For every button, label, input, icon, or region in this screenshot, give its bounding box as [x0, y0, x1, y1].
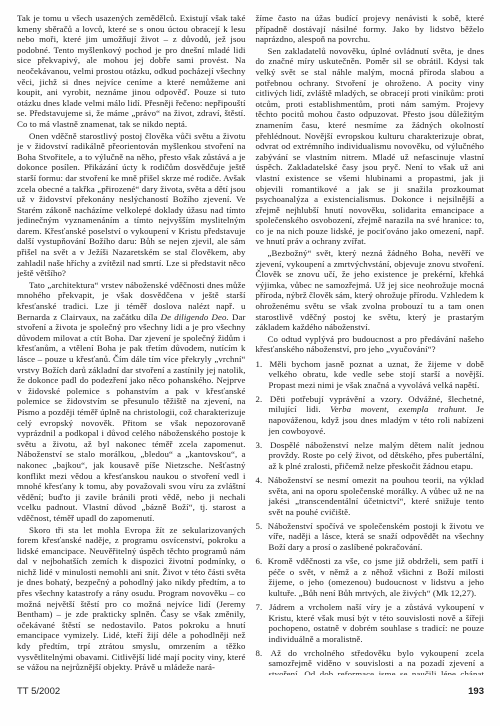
- paragraph: Tak je tomu u všech usazených zemědělců.…: [17, 13, 246, 130]
- text-columns: Tak je tomu u všech usazených zemědělců.…: [17, 13, 484, 675]
- list-item: 7. Jádrem a vrcholem naší víry je a zůst…: [256, 602, 485, 644]
- paragraph: Sen zakladatelů novověku, úplné ovládnut…: [256, 46, 485, 247]
- list-number: 7.: [256, 602, 265, 612]
- text-segment: Až do vrcholného středověku bylo vykoupe…: [269, 648, 485, 675]
- text-segment: Skoro tři sta let mohla Evropa žít ze se…: [17, 525, 246, 673]
- text-segment: „Bezbožný“ svět, který nezná žádného Boh…: [256, 248, 485, 332]
- text-segment: Dar stvoření a života je společný pro vš…: [17, 312, 246, 523]
- text-segment: Jádrem a vrcholem naší víry je a zůstává…: [269, 602, 485, 644]
- list-item: 8. Až do vrcholného středověku bylo vyko…: [256, 648, 485, 675]
- text-segment: Sen zakladatelů novověku, úplné ovládnut…: [256, 46, 485, 247]
- paragraph: Onen vděčně starostlivý postoj člověka v…: [17, 131, 246, 279]
- paragraph: Skoro tři sta let mohla Evropa žít ze se…: [17, 525, 246, 673]
- column-right: žíme často na úžas budící projevy nenávi…: [256, 13, 485, 675]
- italic-text-segment: De diligendo Deo.: [161, 312, 229, 322]
- list-number: 8.: [256, 648, 265, 658]
- column-left: Tak je tomu u všech usazených zemědělců.…: [17, 13, 246, 675]
- page-number: 193: [468, 686, 484, 697]
- text-segment: Náboženství spočívá ve společenském post…: [268, 521, 484, 552]
- list-item: 6. Kromě vděčnosti za vše, co jsme již o…: [256, 556, 485, 598]
- text-segment: Kromě vděčnosti za vše, co jsme již obdr…: [268, 556, 484, 598]
- list-number: 6.: [256, 556, 265, 566]
- paragraph: Co odtud vyplývá pro budoucnost a pro př…: [256, 334, 485, 355]
- list-number: 3.: [256, 440, 265, 450]
- paragraph: Tato „architektura“ vrstev náboženské vd…: [17, 280, 246, 524]
- list-number: 1.: [256, 359, 265, 369]
- text-segment: žíme často na úžas budící projevy nenávi…: [256, 13, 485, 44]
- journal-issue-label: TT 5/2002: [17, 686, 60, 697]
- journal-page: Tak je tomu u všech usazených zemědělců.…: [0, 0, 500, 726]
- italic-text-segment: Verba movent, exempla trahunt.: [330, 404, 467, 414]
- list-number: 5.: [256, 521, 265, 531]
- text-segment: Co odtud vyplývá pro budoucnost a pro př…: [256, 334, 485, 355]
- page-footer: TT 5/2002 193: [17, 686, 484, 697]
- text-segment: Měli bychom jasně poznat a uznat, že žij…: [269, 359, 485, 390]
- list-item: 2. Děti potřebují vyprávění a vzory. Odv…: [256, 394, 485, 436]
- text-segment: Dospělé náboženství nelze malým dětem na…: [269, 440, 485, 471]
- text-segment: Náboženství se nesmí omezit na pouhou te…: [268, 475, 484, 517]
- list-number: 4.: [256, 475, 265, 485]
- text-segment: Tak je tomu u všech usazených zemědělců.…: [17, 13, 246, 129]
- text-segment: Onen vděčně starostlivý postoj člověka v…: [17, 131, 246, 279]
- list-item: 1. Měli bychom jasně poznat a uznat, že …: [256, 359, 485, 391]
- list-item: 5. Náboženství spočívá ve společenském p…: [256, 521, 485, 553]
- paragraph: „Bezbožný“ svět, který nezná žádného Boh…: [256, 248, 485, 333]
- list-item: 4. Náboženství se nesmí omezit na pouhou…: [256, 475, 485, 517]
- list-item: 3. Dospělé náboženství nelze malým dětem…: [256, 440, 485, 472]
- list-number: 2.: [256, 394, 265, 404]
- paragraph: žíme často na úžas budící projevy nenávi…: [256, 13, 485, 45]
